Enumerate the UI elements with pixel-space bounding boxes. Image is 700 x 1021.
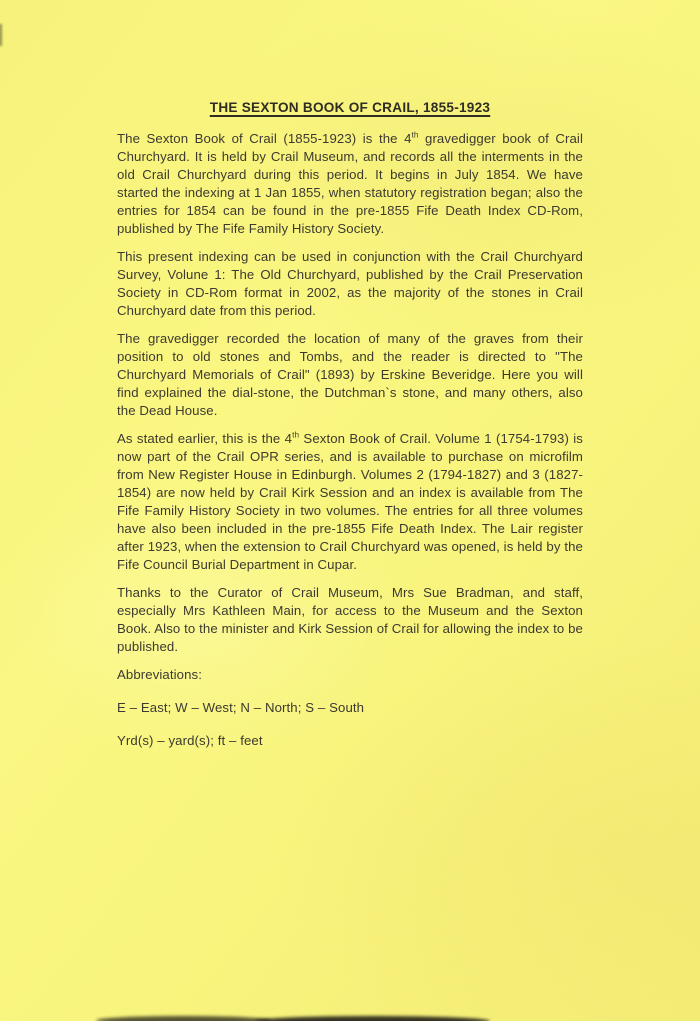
paragraph-text: The gravedigger recorded the location of… (117, 331, 583, 418)
scanned-document-page: THE SEXTON BOOK OF CRAIL, 1855-1923 The … (0, 0, 700, 1021)
document-content: THE SEXTON BOOK OF CRAIL, 1855-1923 The … (117, 99, 583, 750)
paragraph-text: The Sexton Book of Crail (1855-1923) is … (117, 131, 412, 146)
paragraph: The gravedigger recorded the location of… (117, 330, 583, 420)
paragraph: The Sexton Book of Crail (1855-1923) is … (117, 130, 583, 238)
paragraph-text: As stated earlier, this is the 4 (117, 431, 292, 446)
document-title: THE SEXTON BOOK OF CRAIL, 1855-1923 (117, 99, 583, 117)
scan-bottom-edge-shadow (255, 1016, 490, 1021)
paragraph-text: Sexton Book of Crail. Volume 1 (1754-179… (117, 431, 583, 572)
paragraph-text: This present indexing can be used in con… (117, 249, 583, 318)
document-body: The Sexton Book of Crail (1855-1923) is … (117, 130, 583, 656)
paragraph-text: Thanks to the Curator of Crail Museum, M… (117, 585, 583, 654)
paragraph: Thanks to the Curator of Crail Museum, M… (117, 584, 583, 656)
paragraph-text: gravedigger book of Crail Churchyard. It… (117, 131, 583, 236)
scan-left-edge-artifact (0, 24, 2, 46)
abbreviation-line-measurements: Yrd(s) – yard(s); ft – feet (117, 732, 583, 750)
abbreviation-line-directions: E – East; W – West; N – North; S – South (117, 699, 583, 717)
paragraph: This present indexing can be used in con… (117, 248, 583, 320)
paragraph: As stated earlier, this is the 4th Sexto… (117, 430, 583, 574)
superscript-text: th (412, 131, 419, 140)
abbreviations-label: Abbreviations: (117, 666, 583, 684)
scan-bottom-edge-shadow (96, 1016, 271, 1021)
